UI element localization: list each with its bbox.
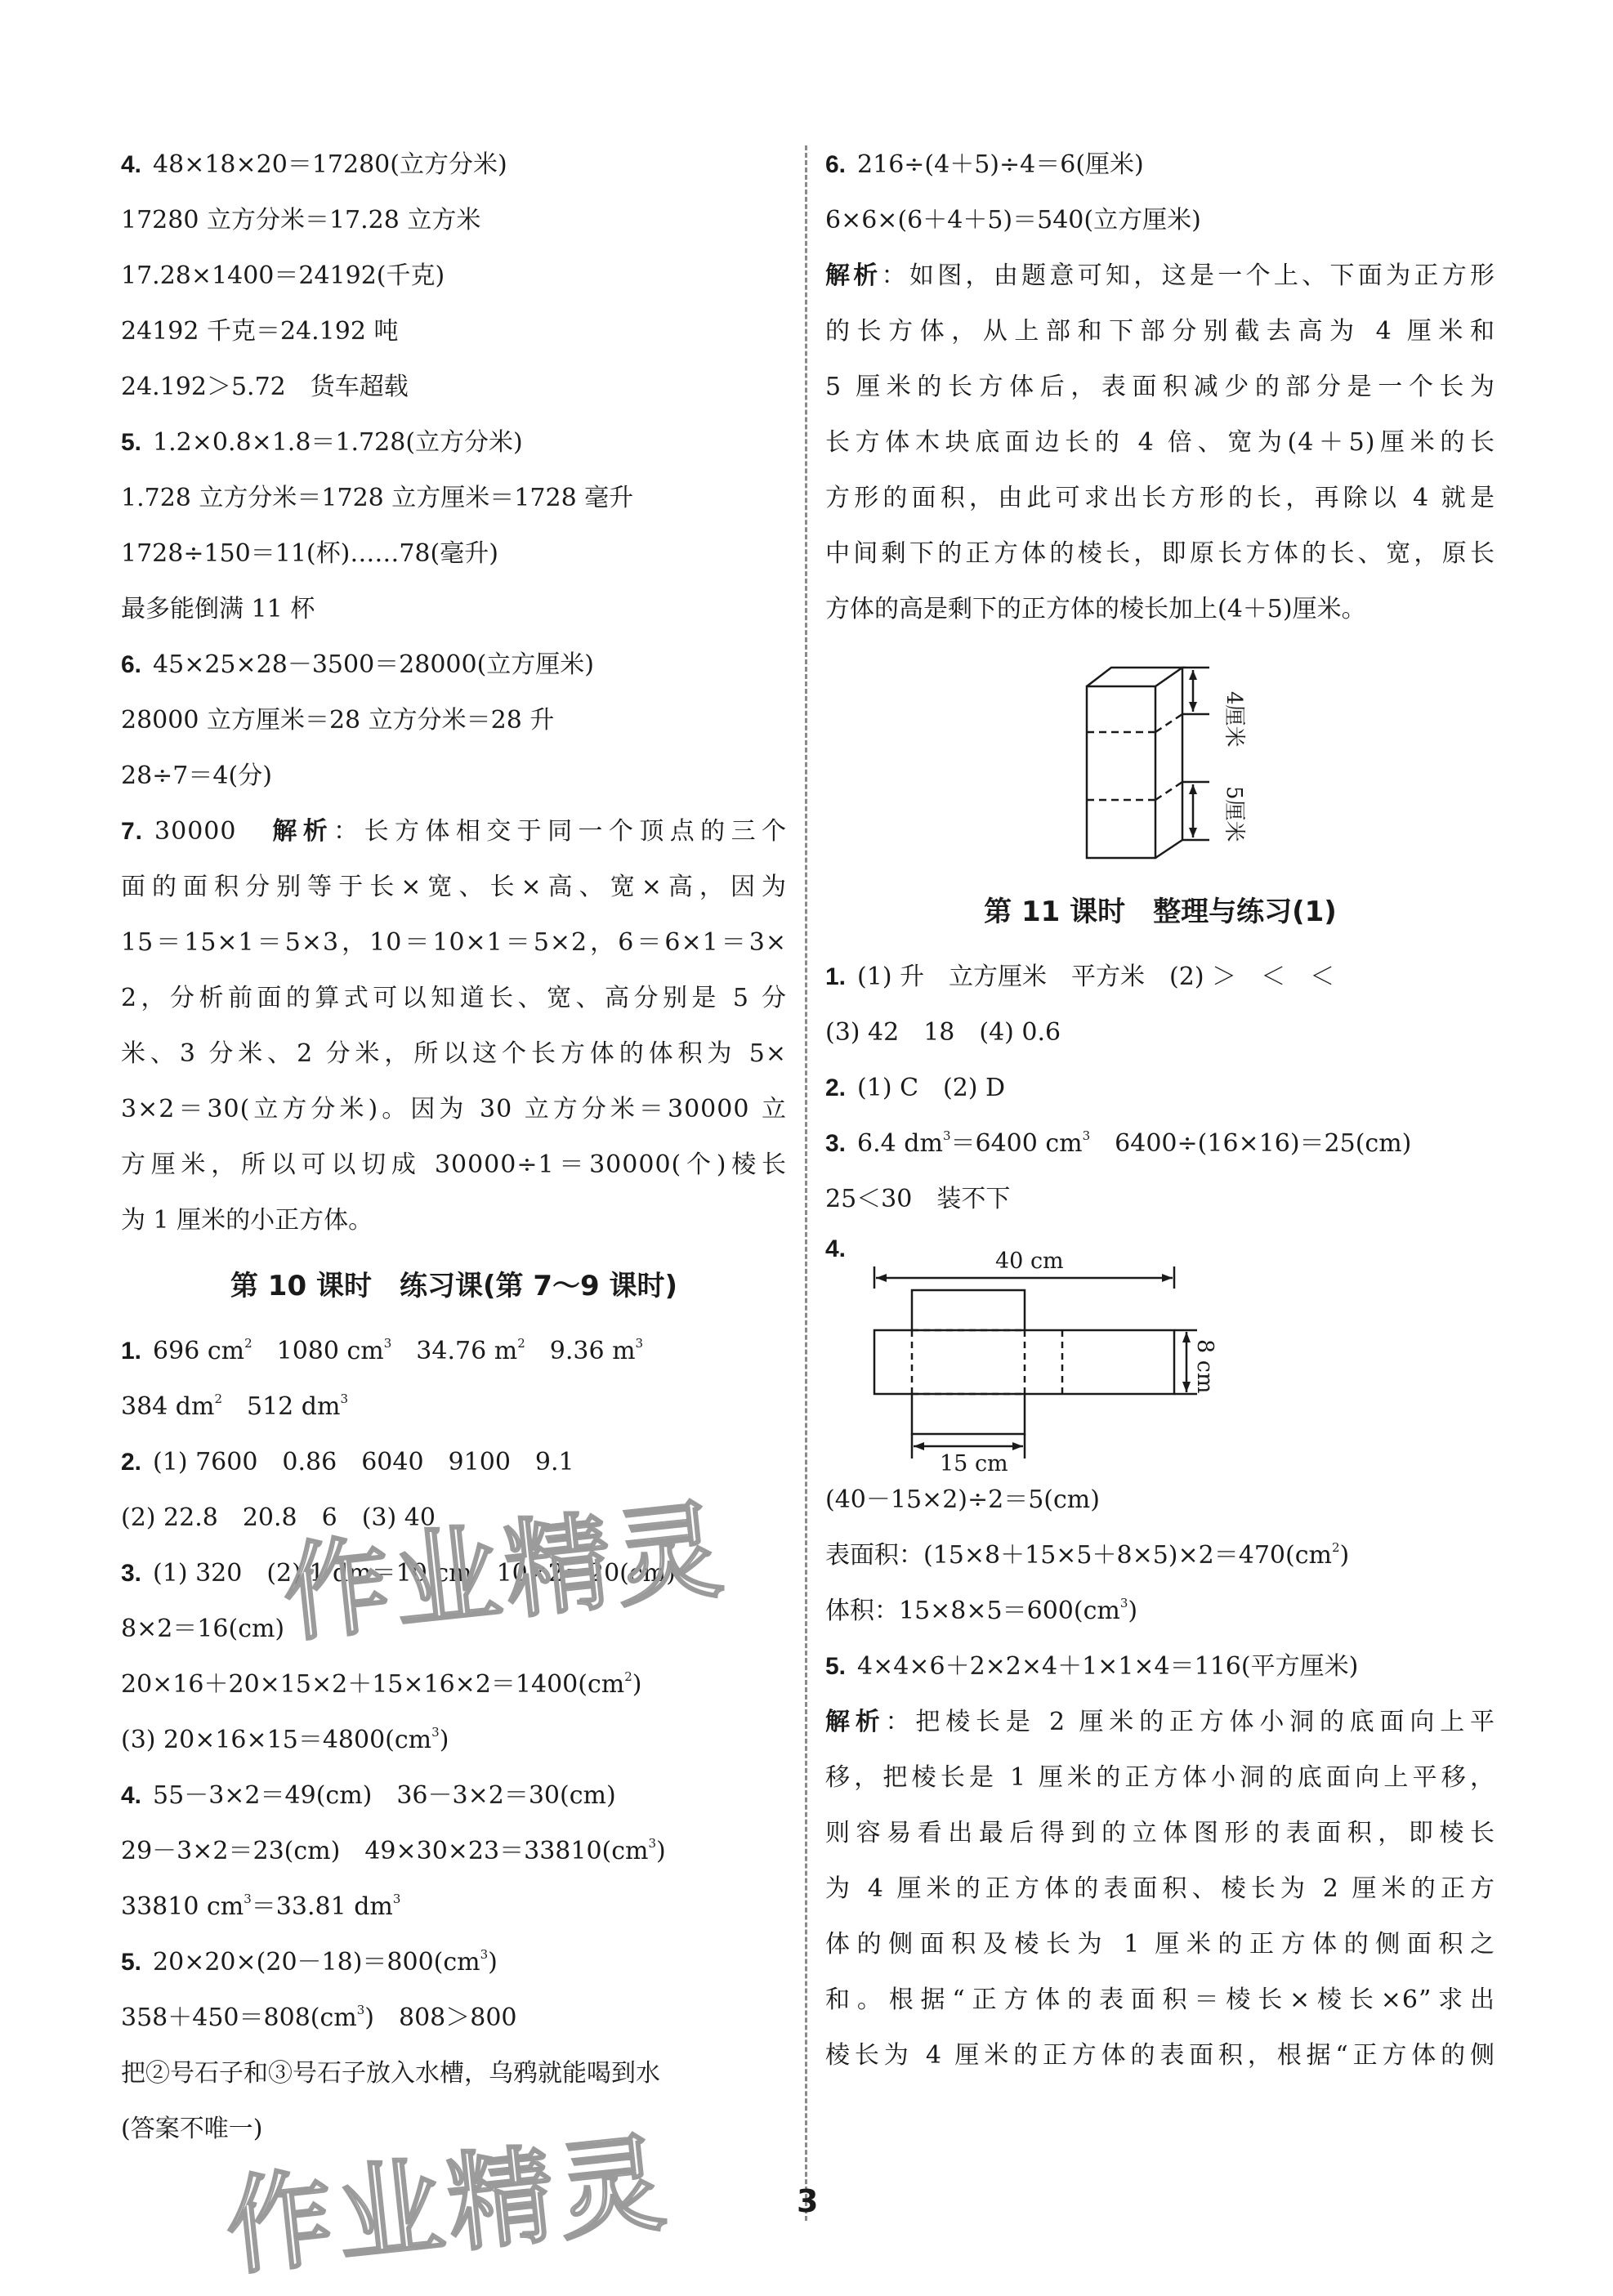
text-line: 则容易看出最后得到的立体图形的表面积，即棱长	[825, 1806, 1495, 1861]
answer-6-right: 6.216÷(4＋5)÷4＝6(厘米) 6×6×(6＋4＋5)＝540(立方厘米…	[825, 137, 1495, 874]
text-line: (3) 20×16×15＝4800(cm3)	[121, 1713, 787, 1768]
text-line: 体积：15×8×5＝600(cm3)	[825, 1584, 1495, 1639]
text-line: 为 4 厘米的正方体的表面积、棱长为 2 厘米的正方	[825, 1861, 1495, 1917]
text-line: 24.192＞5.72 货车超载	[121, 360, 787, 415]
text-line: 方厘米，所以可以切成 30000÷1＝30000(个)棱长	[121, 1137, 787, 1193]
right-column: 6.216÷(4＋5)÷4＝6(厘米) 6×6×(6＋4＋5)＝540(立方厘米…	[825, 137, 1495, 2084]
text-line: 28÷7＝4(分)	[121, 748, 787, 804]
dimension-label-4cm: 4厘米	[1222, 691, 1246, 748]
text-line: 3×2＝30(立方分米)。因为 30 立方分米＝30000 立	[121, 1082, 787, 1137]
lesson10-answer-3: 3.(1) 320 (2) 1 dm＝10 cm 10×2＝20(cm) 8×2…	[121, 1546, 787, 1768]
text-line: 5.1.2×0.8×1.8＝1.728(立方分米)	[121, 415, 787, 471]
text-line: 解析：如图，由题意可知，这是一个上、下面为正方形	[825, 248, 1495, 304]
text-line: 24192 千克＝24.192 吨	[121, 304, 787, 360]
text-line: 384 dm2 512 dm3	[121, 1379, 787, 1435]
text-line: 1.(1) 升 立方厘米 平方米 (2) ＞ ＜ ＜	[825, 949, 1495, 1005]
text-line: 米、3 分米、2 分米，所以这个长方体的体积为 5×	[121, 1026, 787, 1082]
lesson11-answer-3: 3.6.4 dm3＝6400 cm3 6400÷(16×16)＝25(cm) 2…	[825, 1116, 1495, 1227]
answer-4: 4.48×18×20＝17280(立方分米) 17280 立方分米＝17.28 …	[121, 137, 787, 415]
analysis-label: 解析	[272, 817, 333, 846]
text-line: 8×2＝16(cm)	[121, 1601, 787, 1657]
text-line: 解析：把棱长是 2 厘米的正方体小洞的底面向上平	[825, 1695, 1495, 1750]
lesson11-answer-5: 5.4×4×6＋2×2×4＋1×1×4＝116(平方厘米) 解析：把棱长是 2 …	[825, 1639, 1495, 2084]
text-line: 17280 立方分米＝17.28 立方米	[121, 193, 787, 248]
text-line: 3.6.4 dm3＝6400 cm3 6400÷(16×16)＝25(cm)	[825, 1116, 1495, 1172]
text-line: 15＝15×1＝5×3，10＝10×1＝5×2，6＝6×1＝3×	[121, 915, 787, 971]
text-line: 20×16＋20×15×2＋15×16×2＝1400(cm2)	[121, 1657, 787, 1713]
lesson10-answer-4: 4.55－3×2＝49(cm) 36－3×2＝30(cm) 29－3×2＝23(…	[121, 1768, 787, 1935]
text-line: 2.(1) C (2) D	[825, 1061, 1495, 1116]
text-line: 2.(1) 7600 0.86 6040 9100 9.1	[121, 1435, 787, 1490]
lesson11-answer-1: 1.(1) 升 立方厘米 平方米 (2) ＞ ＜ ＜ (3) 42 18 (4)…	[825, 949, 1495, 1061]
text-line: 3.(1) 320 (2) 1 dm＝10 cm 10×2＝20(cm)	[121, 1546, 787, 1601]
text-line: 棱长为 4 厘米的正方体的表面积，根据“正方体的侧	[825, 2028, 1495, 2084]
text-line: 33810 cm3＝33.81 dm3	[121, 1879, 787, 1935]
text-line: 方形的面积，由此可求出长方形的长，再除以 4 就是	[825, 471, 1495, 526]
analysis-label: 解析	[825, 1708, 886, 1736]
text-line: 4.55－3×2＝49(cm) 36－3×2＝30(cm)	[121, 1768, 787, 1824]
text-line: 1.728 立方分米＝1728 立方厘米＝1728 毫升	[121, 471, 787, 526]
dimension-label-8cm: 8 cm	[1192, 1339, 1218, 1394]
text-line: 5 厘米的长方体后，表面积减少的部分是一个长为	[825, 360, 1495, 415]
lesson10-answer-1: 1.696 cm2 1080 cm3 34.76 m2 9.36 m3 384 …	[121, 1324, 787, 1435]
lesson10-answer-5: 5.20×20×(20－18)＝800(cm3) 358＋450＝808(cm3…	[121, 1935, 787, 2157]
text-line: 方体的高是剩下的正方体的棱长加上(4＋5)厘米。	[825, 582, 1495, 637]
lesson11-answer-2: 2.(1) C (2) D	[825, 1061, 1495, 1116]
text-line: 体的侧面积及棱长为 1 厘米的正方体的侧面积之	[825, 1917, 1495, 1972]
dimension-label-15cm: 15 cm	[940, 1451, 1008, 1472]
text-line: (3) 42 18 (4) 0.6	[825, 1005, 1495, 1061]
text-line: 1.696 cm2 1080 cm3 34.76 m2 9.36 m3	[121, 1324, 787, 1379]
text-line: 最多能倒满 11 杯	[121, 582, 787, 637]
net-figure: 4.	[825, 1227, 1495, 1472]
text-line: 2，分析前面的算式可以知道长、宽、高分别是 5 分	[121, 971, 787, 1026]
answer-5: 5.1.2×0.8×1.8＝1.728(立方分米) 1.728 立方分米＝172…	[121, 415, 787, 637]
text-line: 7.30000 解析：长方体相交于同一个顶点的三个	[121, 804, 787, 860]
column-divider	[805, 145, 807, 2221]
text-line: (40－15×2)÷2＝5(cm)	[825, 1472, 1495, 1528]
text-line: 5.20×20×(20－18)＝800(cm3)	[121, 1935, 787, 1990]
text-line: 表面积：(15×8＋15×5＋8×5)×2＝470(cm2)	[825, 1528, 1495, 1584]
text-line: 的长方体，从上部和下部分别截去高为 4 厘米和	[825, 304, 1495, 360]
section-title-lesson-10: 第 10 课时 练习课(第 7～9 课时)	[121, 1253, 787, 1319]
analysis-label: 解析	[825, 261, 882, 290]
answer-7: 7.30000 解析：长方体相交于同一个顶点的三个 面的面积分别等于长×宽、长×…	[121, 804, 787, 1249]
text-line: 把②号石子和③号石子放入水槽，乌鸦就能喝到水	[121, 2046, 787, 2102]
dimension-label-5cm: 5厘米	[1222, 786, 1246, 842]
page-number: 3	[797, 2183, 818, 2219]
text-line: 6×6×(6＋4＋5)＝540(立方厘米)	[825, 193, 1495, 248]
text-line: 中间剩下的正方体的棱长，即原长方体的长、宽，原长	[825, 526, 1495, 582]
text-line: 4.48×18×20＝17280(立方分米)	[121, 137, 787, 193]
cuboid-net-diagram: 40 cm 15 cm 8 cm	[825, 1227, 1495, 1472]
left-column: 4.48×18×20＝17280(立方分米) 17280 立方分米＝17.28 …	[121, 137, 787, 2157]
cuboid-figure: 4厘米 5厘米	[825, 637, 1495, 874]
lesson11-answer-4: 4.	[825, 1227, 1495, 1639]
text-line: 6.45×25×28－3500＝28000(立方厘米)	[121, 637, 787, 693]
text-line: 面的面积分别等于长×宽、长×高、宽×高，因为	[121, 860, 787, 915]
text-line: 移，把棱长是 1 厘米的正方体小洞的底面向上平移，	[825, 1750, 1495, 1806]
text-line: 29－3×2＝23(cm) 49×30×23＝33810(cm3)	[121, 1824, 787, 1879]
text-line: 25＜30 装不下	[825, 1172, 1495, 1227]
text-line: (2) 22.8 20.8 6 (3) 40	[121, 1490, 787, 1546]
dimension-label-40cm: 40 cm	[995, 1249, 1064, 1274]
text-line: (答案不唯一)	[121, 2102, 787, 2157]
text-line: 358＋450＝808(cm3) 808＞800	[121, 1990, 787, 2046]
text-line: 6.216÷(4＋5)÷4＝6(厘米)	[825, 137, 1495, 193]
text-line: 和。根据“正方体的表面积＝棱长×棱长×6”求出	[825, 1972, 1495, 2028]
text-line: 长方体木块底面边长的 4 倍、宽为(4＋5)厘米的长	[825, 415, 1495, 471]
text-line: 17.28×1400＝24192(千克)	[121, 248, 787, 304]
lesson10-answer-2: 2.(1) 7600 0.86 6040 9100 9.1 (2) 22.8 2…	[121, 1435, 787, 1546]
text-line: 28000 立方厘米＝28 立方分米＝28 升	[121, 693, 787, 748]
text-line: 为 1 厘米的小正方体。	[121, 1193, 787, 1249]
cuboid-diagram: 4厘米 5厘米	[825, 637, 1495, 874]
answer-6: 6.45×25×28－3500＝28000(立方厘米) 28000 立方厘米＝2…	[121, 637, 787, 804]
section-title-lesson-11: 第 11 课时 整理与练习(1)	[825, 879, 1495, 945]
text-line: 5.4×4×6＋2×2×4＋1×1×4＝116(平方厘米)	[825, 1639, 1495, 1695]
text-line: 1728÷150＝11(杯)……78(毫升)	[121, 526, 787, 582]
